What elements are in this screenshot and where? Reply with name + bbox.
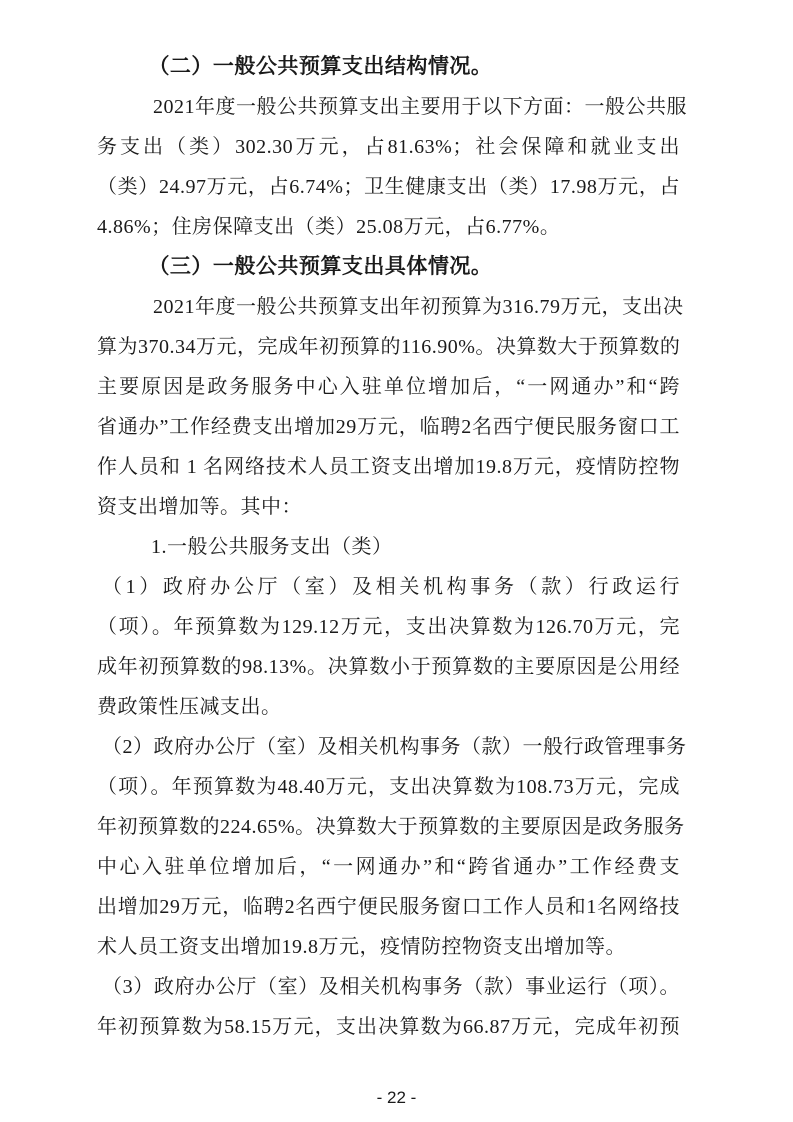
page-number: - 22 - <box>377 1088 417 1107</box>
paragraph-block: （1）政府办公厅（室）及相关机构事务（款）行政运行（项）。年预算数为129.12… <box>97 567 680 727</box>
page-footer: - 22 - <box>0 1088 793 1108</box>
text-line: 年初预算数为58.15万元，支出决算数为66.87万元，完成年初预 <box>97 1007 680 1047</box>
text-line: 2021年度一般公共预算支出主要用于以下方面：一般公共服 <box>97 87 680 127</box>
text-line: 2021年度一般公共预算支出年初预算为316.79万元，支出决 <box>97 287 680 327</box>
text-line: 1.一般公共服务支出（类） <box>97 527 680 567</box>
text-line: 4.86%；住房保障支出（类）25.08万元，占6.77%。 <box>97 207 680 247</box>
text-line: （1）政府办公厅（室）及相关机构事务（款）行政运行 <box>97 567 680 607</box>
paragraph-block: （2）政府办公厅（室）及相关机构事务（款）一般行政管理事务（项）。年预算数为48… <box>97 727 680 967</box>
heading-block: （三）一般公共预算支出具体情况。 <box>97 247 680 287</box>
paragraph-block: 1.一般公共服务支出（类） <box>97 527 680 567</box>
document-body: （二）一般公共预算支出结构情况。2021年度一般公共预算支出主要用于以下方面：一… <box>97 47 680 1047</box>
text-line: （三）一般公共预算支出具体情况。 <box>97 247 680 287</box>
heading-block: （二）一般公共预算支出结构情况。 <box>97 47 680 87</box>
text-line: 算为370.34万元，完成年初预算的116.90%。决算数大于预算数的 <box>97 327 680 367</box>
text-line: （二）一般公共预算支出结构情况。 <box>97 47 680 87</box>
text-line: 省通办”工作经费支出增加29万元，临聘2名西宁便民服务窗口工 <box>97 407 680 447</box>
paragraph-block: 2021年度一般公共预算支出主要用于以下方面：一般公共服务支出（类）302.30… <box>97 87 680 247</box>
text-line: 作人员和 1 名网络技术人员工资支出增加19.8万元，疫情防控物 <box>97 447 680 487</box>
paragraph-block: 2021年度一般公共预算支出年初预算为316.79万元，支出决算为370.34万… <box>97 287 680 527</box>
text-line: 出增加29万元，临聘2名西宁便民服务窗口工作人员和1名网络技 <box>97 887 680 927</box>
text-line: 中心入驻单位增加后，“一网通办”和“跨省通办”工作经费支 <box>97 847 680 887</box>
text-line: 资支出增加等。其中： <box>97 487 680 527</box>
text-line: 务支出（类）302.30万元，占81.63%；社会保障和就业支出 <box>97 127 680 167</box>
paragraph-block: （3）政府办公厅（室）及相关机构事务（款）事业运行（项）。年初预算数为58.15… <box>97 967 680 1047</box>
text-line: （项）。年预算数为48.40万元，支出决算数为108.73万元，完成 <box>97 767 680 807</box>
text-line: 主要原因是政务服务中心入驻单位增加后，“一网通办”和“跨 <box>97 367 680 407</box>
text-line: （2）政府办公厅（室）及相关机构事务（款）一般行政管理事务 <box>97 727 680 767</box>
text-line: 年初预算数的224.65%。决算数大于预算数的主要原因是政务服务 <box>97 807 680 847</box>
text-line: （类）24.97万元，占6.74%；卫生健康支出（类）17.98万元，占 <box>97 167 680 207</box>
document-page: （二）一般公共预算支出结构情况。2021年度一般公共预算支出主要用于以下方面：一… <box>0 0 793 1122</box>
text-line: 术人员工资支出增加19.8万元，疫情防控物资支出增加等。 <box>97 927 680 967</box>
text-line: （项）。年预算数为129.12万元，支出决算数为126.70万元，完 <box>97 607 680 647</box>
text-line: 成年初预算数的98.13%。决算数小于预算数的主要原因是公用经 <box>97 647 680 687</box>
text-line: （3）政府办公厅（室）及相关机构事务（款）事业运行（项）。 <box>97 967 680 1007</box>
text-line: 费政策性压减支出。 <box>97 687 680 727</box>
